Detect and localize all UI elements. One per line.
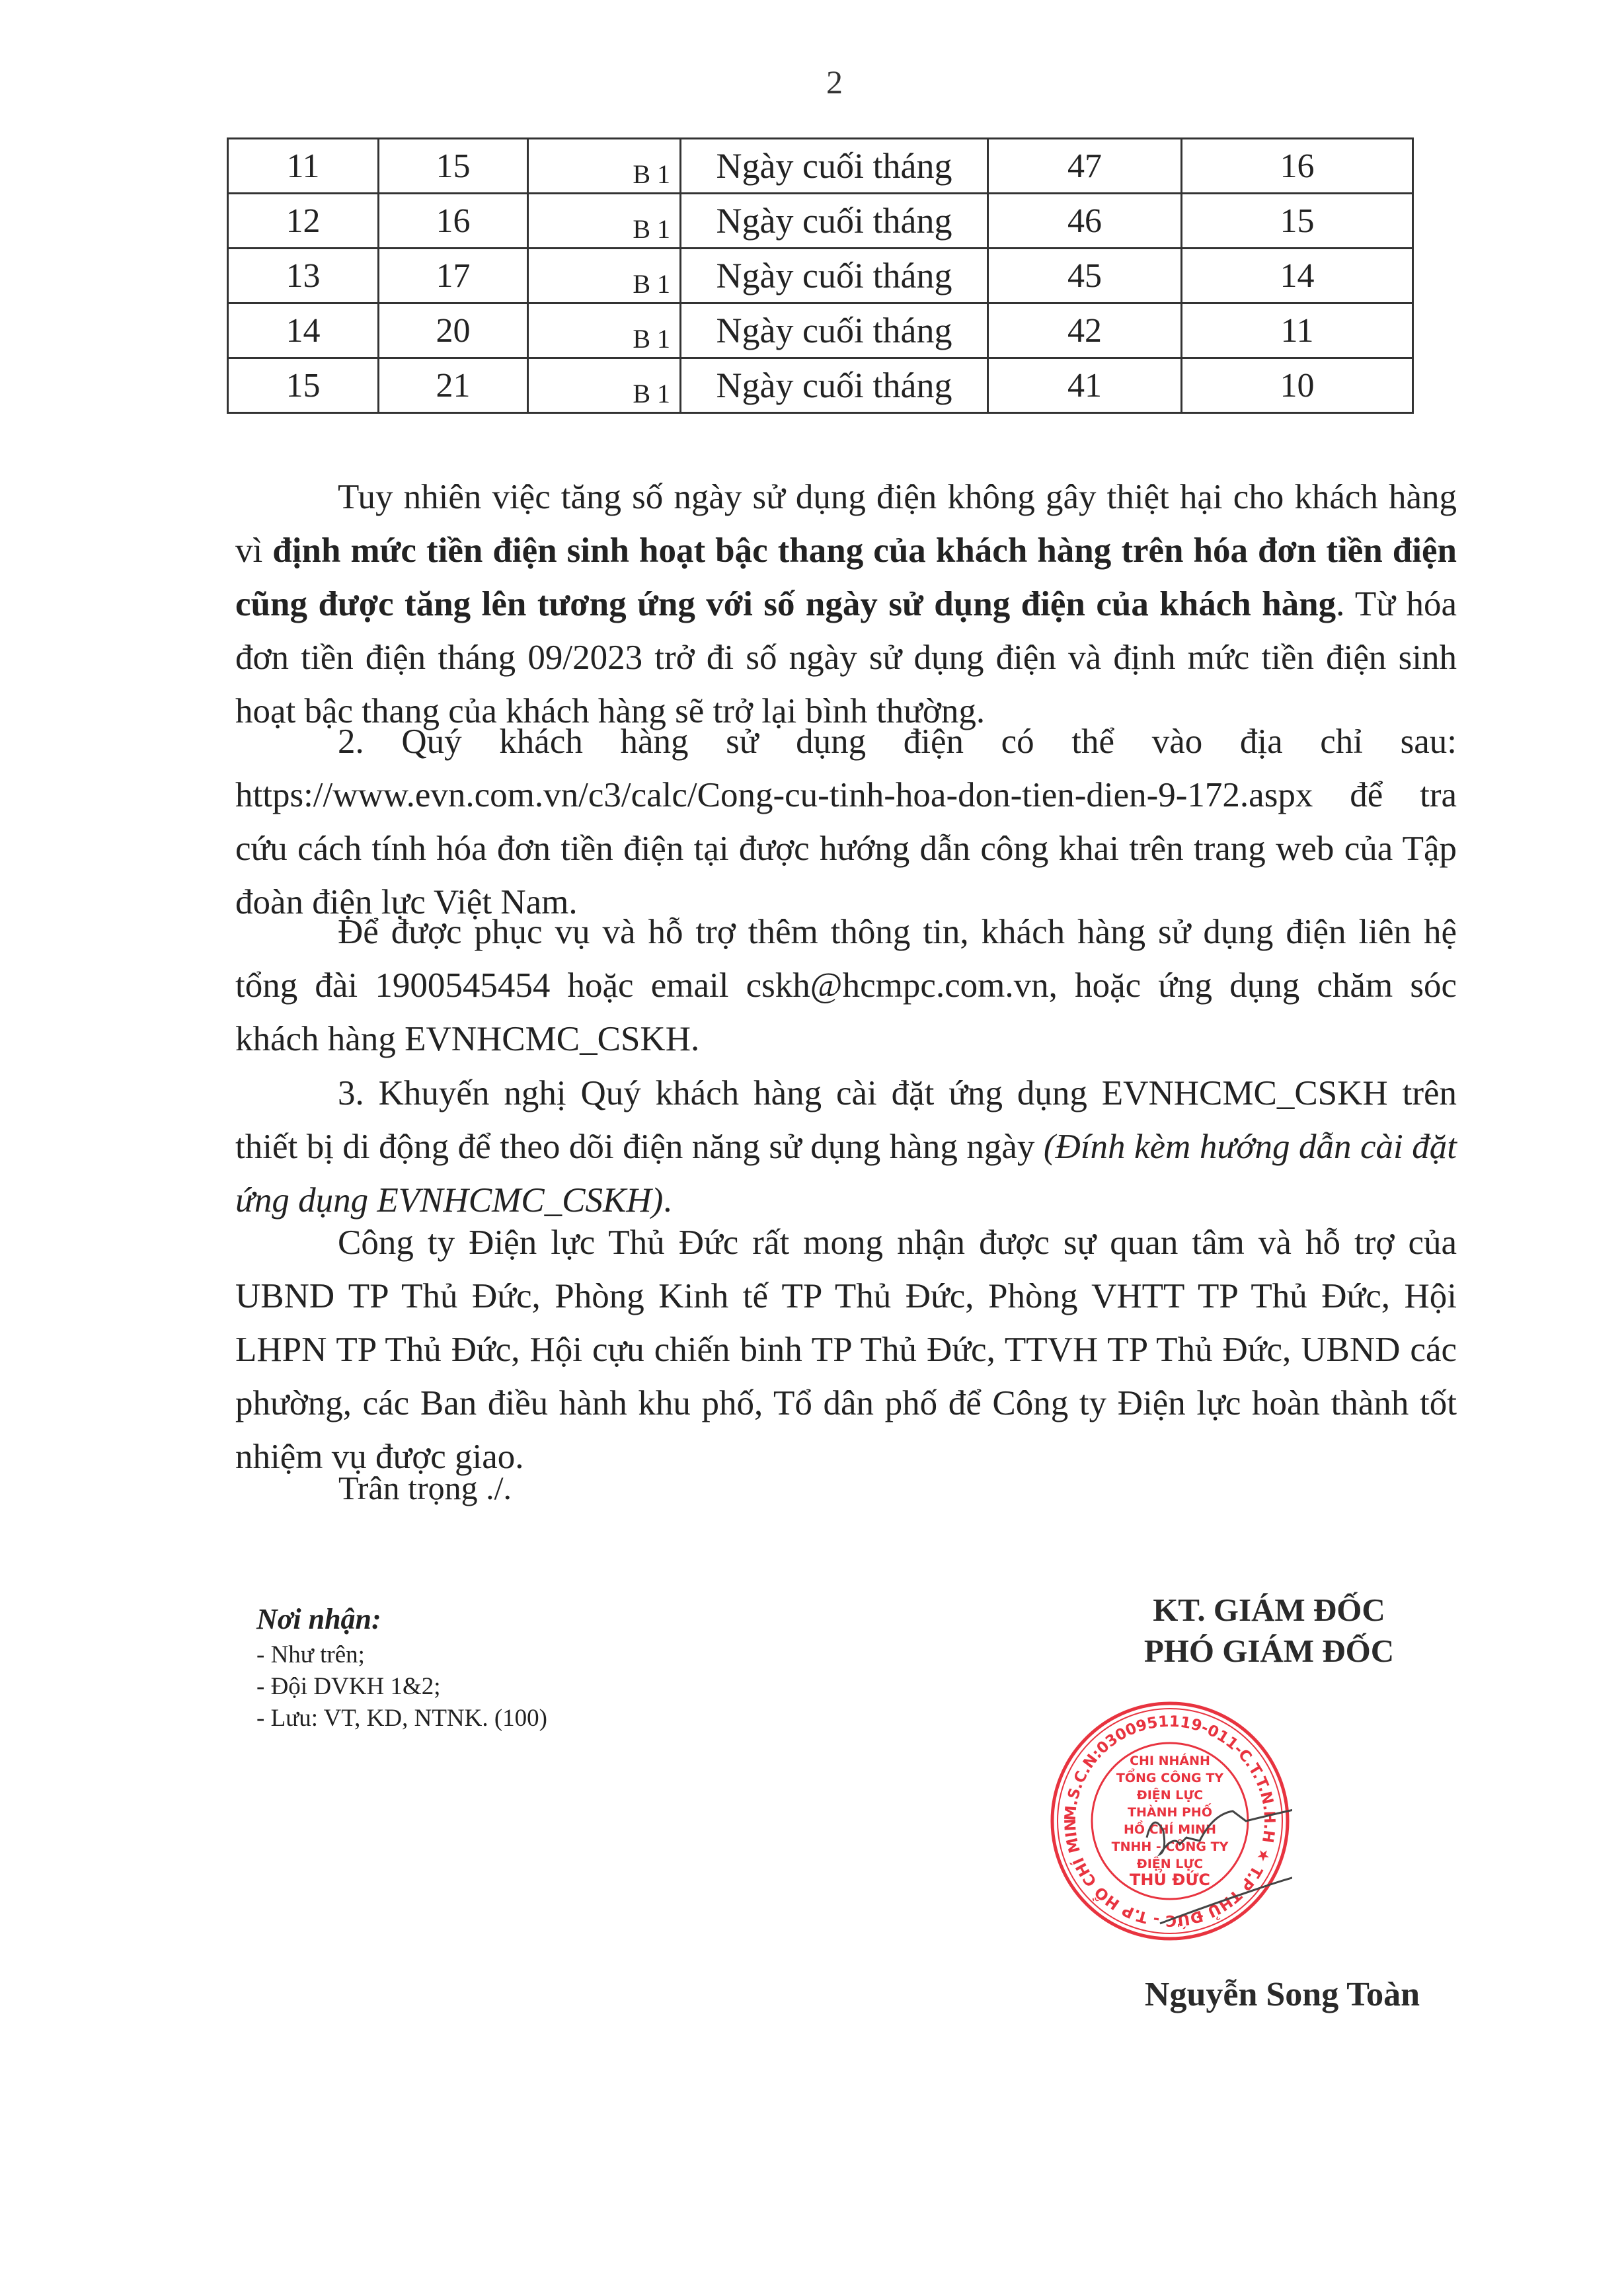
recipient-item: - Lưu: VT, KD, NTNK. (100) — [256, 1703, 547, 1734]
table-row: 1216B 1Ngày cuối tháng4615 — [228, 194, 1413, 249]
cell-value-2: 16 — [1182, 139, 1413, 194]
cell-reading-date: Ngày cuối tháng — [681, 303, 988, 358]
paragraph-contact-info: Để được phục vụ và hỗ trợ thêm thông tin… — [235, 906, 1457, 1066]
cell-reading-date: Ngày cuối tháng — [681, 249, 988, 303]
closing-salutation: Trân trọng ./. — [338, 1469, 512, 1507]
cell-row-number: 11 — [228, 139, 379, 194]
cell-reading-date: Ngày cuối tháng — [681, 358, 988, 413]
recipients-block: Nơi nhận: - Như trên; - Đội DVKH 1&2; - … — [256, 1600, 547, 1734]
recipient-item: - Như trên; — [256, 1639, 547, 1671]
cell-row-number: 13 — [228, 249, 379, 303]
svg-text:TỔNG CÔNG TY: TỔNG CÔNG TY — [1116, 1767, 1223, 1785]
svg-text:CHI NHÁNH: CHI NHÁNH — [1130, 1753, 1210, 1768]
table-row: 1317B 1Ngày cuối tháng4514 — [228, 249, 1413, 303]
cell-group-code: B 1 — [528, 139, 681, 194]
page-number: 2 — [826, 63, 843, 101]
cell-group-code: B 1 — [528, 303, 681, 358]
recipients-title: Nơi nhận: — [256, 1600, 547, 1639]
cell-value-2: 10 — [1182, 358, 1413, 413]
table-row: 1115B 1Ngày cuối tháng4716 — [228, 139, 1413, 194]
signature-title-block: KT. GIÁM ĐỐC PHÓ GIÁM ĐỐC — [1064, 1590, 1474, 1672]
cell-value-1: 47 — [988, 139, 1182, 194]
bold-emphasis: định mức tiền điện sinh hoạt bậc thang c… — [235, 531, 1457, 623]
cell-group-code: B 1 — [528, 249, 681, 303]
cell-value-1: 42 — [988, 303, 1182, 358]
cell-reading-date: Ngày cuối tháng — [681, 139, 988, 194]
signer-name: Nguyễn Song Toàn — [1097, 1975, 1467, 2014]
table-row: 1521B 1Ngày cuối tháng4110 — [228, 358, 1413, 413]
cell-reading-day: 17 — [379, 249, 528, 303]
svg-text:TNHH - CÔNG TY: TNHH - CÔNG TY — [1112, 1838, 1229, 1854]
svg-text:ĐIỆN LỰC: ĐIỆN LỰC — [1137, 1855, 1203, 1871]
cell-reading-date: Ngày cuối tháng — [681, 194, 988, 249]
paragraph-evn-calculator: 2. Quý khách hàng sử dụng điện có thể và… — [235, 715, 1457, 929]
cell-reading-day: 21 — [379, 358, 528, 413]
cell-value-1: 45 — [988, 249, 1182, 303]
cell-value-2: 14 — [1182, 249, 1413, 303]
billing-schedule-table: 1115B 1Ngày cuối tháng47161216B 1Ngày cu… — [227, 137, 1414, 414]
cell-value-2: 15 — [1182, 194, 1413, 249]
cell-value-1: 46 — [988, 194, 1182, 249]
cell-value-2: 11 — [1182, 303, 1413, 358]
cell-row-number: 12 — [228, 194, 379, 249]
cell-value-1: 41 — [988, 358, 1182, 413]
cell-group-code: B 1 — [528, 358, 681, 413]
cell-reading-day: 15 — [379, 139, 528, 194]
paragraph-app-recommendation: 3. Khuyến nghị Quý khách hàng cài đặt ứn… — [235, 1067, 1457, 1227]
cell-row-number: 14 — [228, 303, 379, 358]
signature-title-line2: PHÓ GIÁM ĐỐC — [1064, 1631, 1474, 1672]
cell-row-number: 15 — [228, 358, 379, 413]
signature-title-line1: KT. GIÁM ĐỐC — [1064, 1590, 1474, 1631]
cell-reading-day: 16 — [379, 194, 528, 249]
recipient-item: - Đội DVKH 1&2; — [256, 1671, 547, 1703]
svg-text:ĐIỆN LỰC: ĐIỆN LỰC — [1137, 1787, 1203, 1803]
company-seal-icon: M.S.C.N:0300951119-011-C.T.T.N.H.H ★ T.P… — [1048, 1699, 1292, 1943]
cell-reading-day: 20 — [379, 303, 528, 358]
svg-text:THÀNH PHỐ: THÀNH PHỐ — [1128, 1803, 1212, 1820]
table-row: 1420B 1Ngày cuối tháng4211 — [228, 303, 1413, 358]
paragraph-billing-note: Tuy nhiên việc tăng số ngày sử dụng điện… — [235, 471, 1457, 738]
paragraph-acknowledgement: Công ty Điện lực Thủ Đức rất mong nhận đ… — [235, 1216, 1457, 1484]
svg-text:THỦ ĐỨC: THỦ ĐỨC — [1130, 1867, 1210, 1889]
cell-group-code: B 1 — [528, 194, 681, 249]
